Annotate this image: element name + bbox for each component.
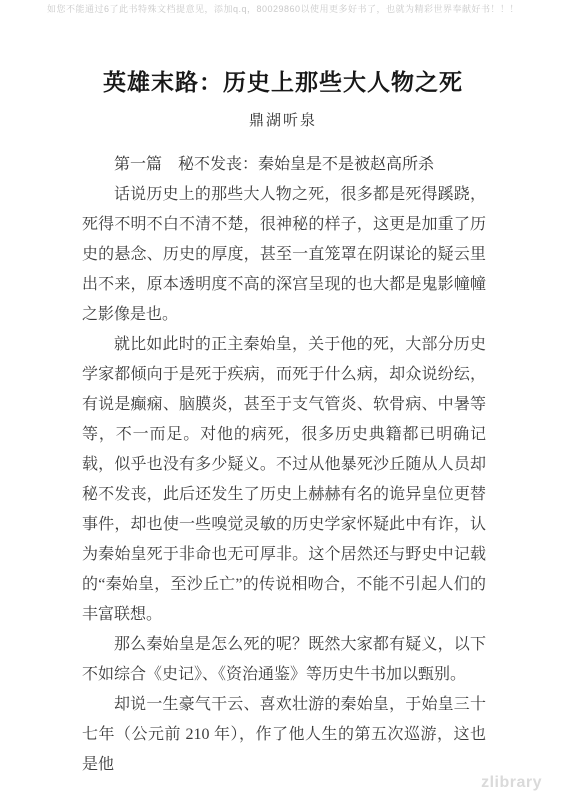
paragraph: 就比如此时的正主秦始皇，关于他的死，大部分历史学家都倾向于是死于疾病，而死于什么… bbox=[82, 330, 486, 630]
book-title: 英雄末路：历史上那些大人物之死 bbox=[0, 64, 566, 97]
paragraph: 话说历史上的那些大人物之死，很多都是死得蹊跷，死得不明不白不清不楚，很神秘的样子… bbox=[82, 180, 486, 330]
top-watermark: 如您不能通过6了此书特殊文档提意见，添加q.q，80029860以使用更多好书了… bbox=[0, 2, 566, 15]
paragraph: 那么秦始皇是怎么死的呢？既然大家都有疑义，以下不如综合《史记》、《资治通鉴》等历… bbox=[82, 630, 486, 690]
book-page: 如您不能通过6了此书特殊文档提意见，添加q.q，80029860以使用更多好书了… bbox=[0, 0, 566, 800]
body-text: 第一篇 秘不发丧：秦始皇是不是被赵高所杀 话说历史上的那些大人物之死，很多都是死… bbox=[82, 150, 486, 780]
zlibrary-watermark: zlibrary bbox=[481, 774, 542, 792]
paragraph: 却说一生豪气干云、喜欢壮游的秦始皇，于始皇三十七年（公元前 210 年），作了他… bbox=[82, 690, 486, 780]
author-name: 鼎湖听泉 bbox=[0, 109, 566, 130]
section-heading: 第一篇 秘不发丧：秦始皇是不是被赵高所杀 bbox=[82, 150, 486, 180]
